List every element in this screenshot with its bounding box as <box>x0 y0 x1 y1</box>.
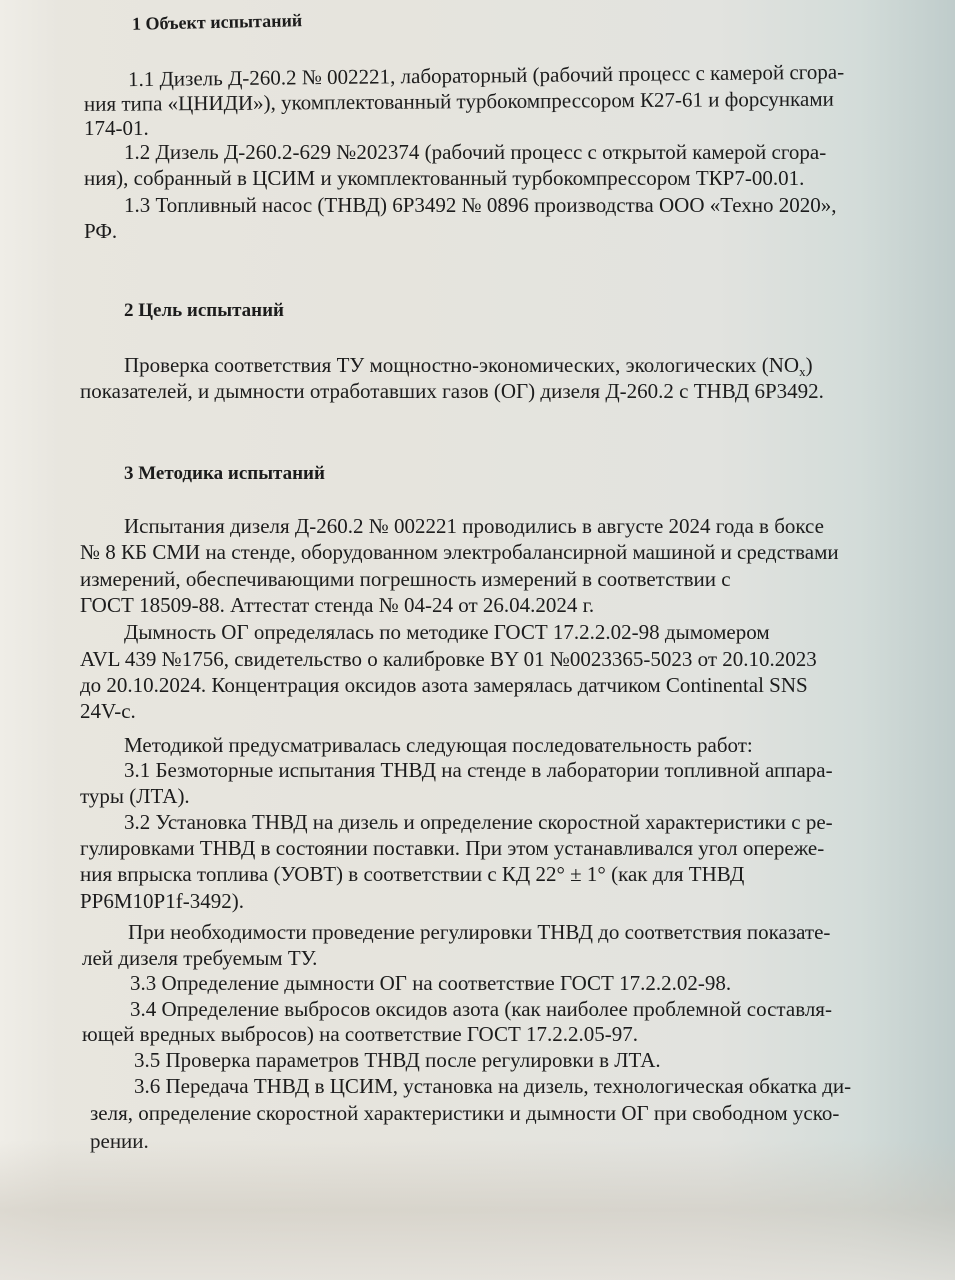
paragraph-line: 3.5 Проверка параметров ТНВД после регул… <box>134 1050 661 1071</box>
paragraph-line: 3.4 Определение выбросов оксидов азота (… <box>130 999 832 1020</box>
paragraph-line: Проверка соответствия ТУ мощностно-эконо… <box>124 355 813 378</box>
paragraph-line: Испытания дизеля Д-260.2 № 002221 провод… <box>124 516 824 537</box>
paragraph-line: туры (ЛТА). <box>80 786 190 807</box>
paragraph-line: PP6M10P1f-3492). <box>80 891 244 912</box>
section-3-heading: 3 Методика испытаний <box>124 463 325 485</box>
section-2-heading: 2 Цель испытаний <box>124 300 284 322</box>
paragraph-line: РФ. <box>84 221 117 242</box>
paragraph-line: 3.6 Передача ТНВД в ЦСИМ, установка на д… <box>134 1076 851 1097</box>
paragraph-line: ния), собранный в ЦСИМ и укомплектованны… <box>84 168 804 189</box>
paragraph-line: ния типа «ЦНИДИ»), укомплектованный турб… <box>84 88 912 115</box>
document-page: 1 Объект испытаний 1.1 Дизель Д-260.2 № … <box>0 0 955 1280</box>
paragraph-line: ГОСТ 18509-88. Аттестат стенда № 04-24 о… <box>80 595 594 616</box>
paragraph-line: AVL 439 №1756, свидетельство о калибровк… <box>80 649 817 670</box>
paragraph-line: зеля, определение скоростной характерист… <box>90 1103 839 1124</box>
section-1-heading: 1 Объект испытаний <box>132 10 303 35</box>
goal-text: Проверка соответствия ТУ мощностно-эконо… <box>124 353 799 377</box>
paragraph-line: 24V-c. <box>80 701 136 722</box>
paragraph-line: При необходимости проведение регулировки… <box>128 922 830 943</box>
paragraph-line: Дымность ОГ определялась по методике ГОС… <box>124 622 770 643</box>
paragraph-line: 3.3 Определение дымности ОГ на соответст… <box>130 973 731 994</box>
paragraph-line: 1.1 Дизель Д-260.2 № 002221, лабораторны… <box>128 61 914 90</box>
paragraph-line: показателей, и дымности отработавших газ… <box>80 381 824 402</box>
paragraph-line: 174-01. <box>84 118 149 139</box>
paragraph-line: гулировками ТНВД в состоянии поставки. П… <box>80 838 824 859</box>
paragraph-line: ющей вредных выбросов) на соответствие Г… <box>82 1024 638 1045</box>
paragraph-line: лей дизеля требуемым ТУ. <box>82 948 317 969</box>
paragraph-line: измерений, обеспечивающими погрешность и… <box>80 569 731 590</box>
paragraph-line: № 8 КБ СМИ на стенде, оборудованном элек… <box>80 542 839 563</box>
paragraph-line: 3.1 Безмоторные испытания ТНВД на стенде… <box>124 760 833 781</box>
paragraph-line: 1.3 Топливный насос (ТНВД) 6Р3492 № 0896… <box>124 195 837 216</box>
paragraph-line: рении. <box>90 1131 149 1152</box>
paragraph-line: до 20.10.2024. Концентрация оксидов азот… <box>80 675 808 696</box>
paragraph-line: Методикой предусматривалась следующая по… <box>124 735 753 756</box>
paragraph-line: 1.2 Дизель Д-260.2-629 №202374 (рабочий … <box>124 142 826 163</box>
paragraph-line: 3.2 Установка ТНВД на дизель и определен… <box>124 812 833 833</box>
goal-text-end: ) <box>806 353 813 377</box>
paragraph-line: ния впрыска топлива (УОВТ) в соответстви… <box>80 864 744 885</box>
